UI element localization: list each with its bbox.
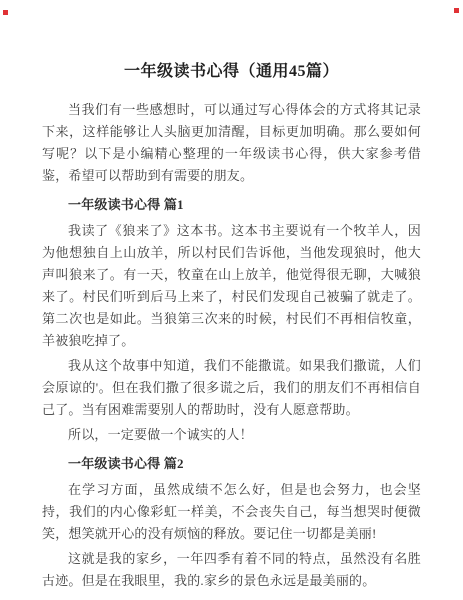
intro-paragraph: 当我们有一些感想时，可以通过写心得体会的方式将其记录下来，这样能够让人头脑更加清…: [42, 99, 421, 187]
paragraph-study: 在学习方面，虽然成绩不怎么好，但是也会努力，也会坚持，我们的内心像彩虹一样美，不…: [42, 479, 421, 545]
paragraph-conclusion: 所以，一定要做一个诚实的人！: [42, 424, 421, 446]
page-title: 一年级读书心得（通用45篇）: [42, 62, 421, 82]
paragraph-hometown: 这就是我的家乡，一年四季有着不同的特点，虽然没有名胜古迹。但是在我眼里，我的.家…: [42, 548, 421, 592]
red-corner-mark-left: [3, 10, 8, 15]
red-corner-mark-right: [454, 8, 459, 13]
document-content: 一年级读书心得（通用45篇） 当我们有一些感想时，可以通过写心得体会的方式将其记…: [0, 62, 463, 592]
section-heading-2: 一年级读书心得 篇2: [42, 453, 421, 475]
section-heading-1: 一年级读书心得 篇1: [42, 194, 421, 216]
paragraph-story: 我读了《狼来了》这本书。这本书主要说有一个牧羊人，因为他想独自上山放羊，所以村民…: [42, 220, 421, 352]
paragraph-lesson: 我从这个故事中知道，我们不能撒谎。如果我们撒谎，人们会原谅的'。但在我们撒了很多…: [42, 355, 421, 421]
document-page: 一年级读书心得（通用45篇） 当我们有一些感想时，可以通过写心得体会的方式将其记…: [0, 0, 463, 600]
